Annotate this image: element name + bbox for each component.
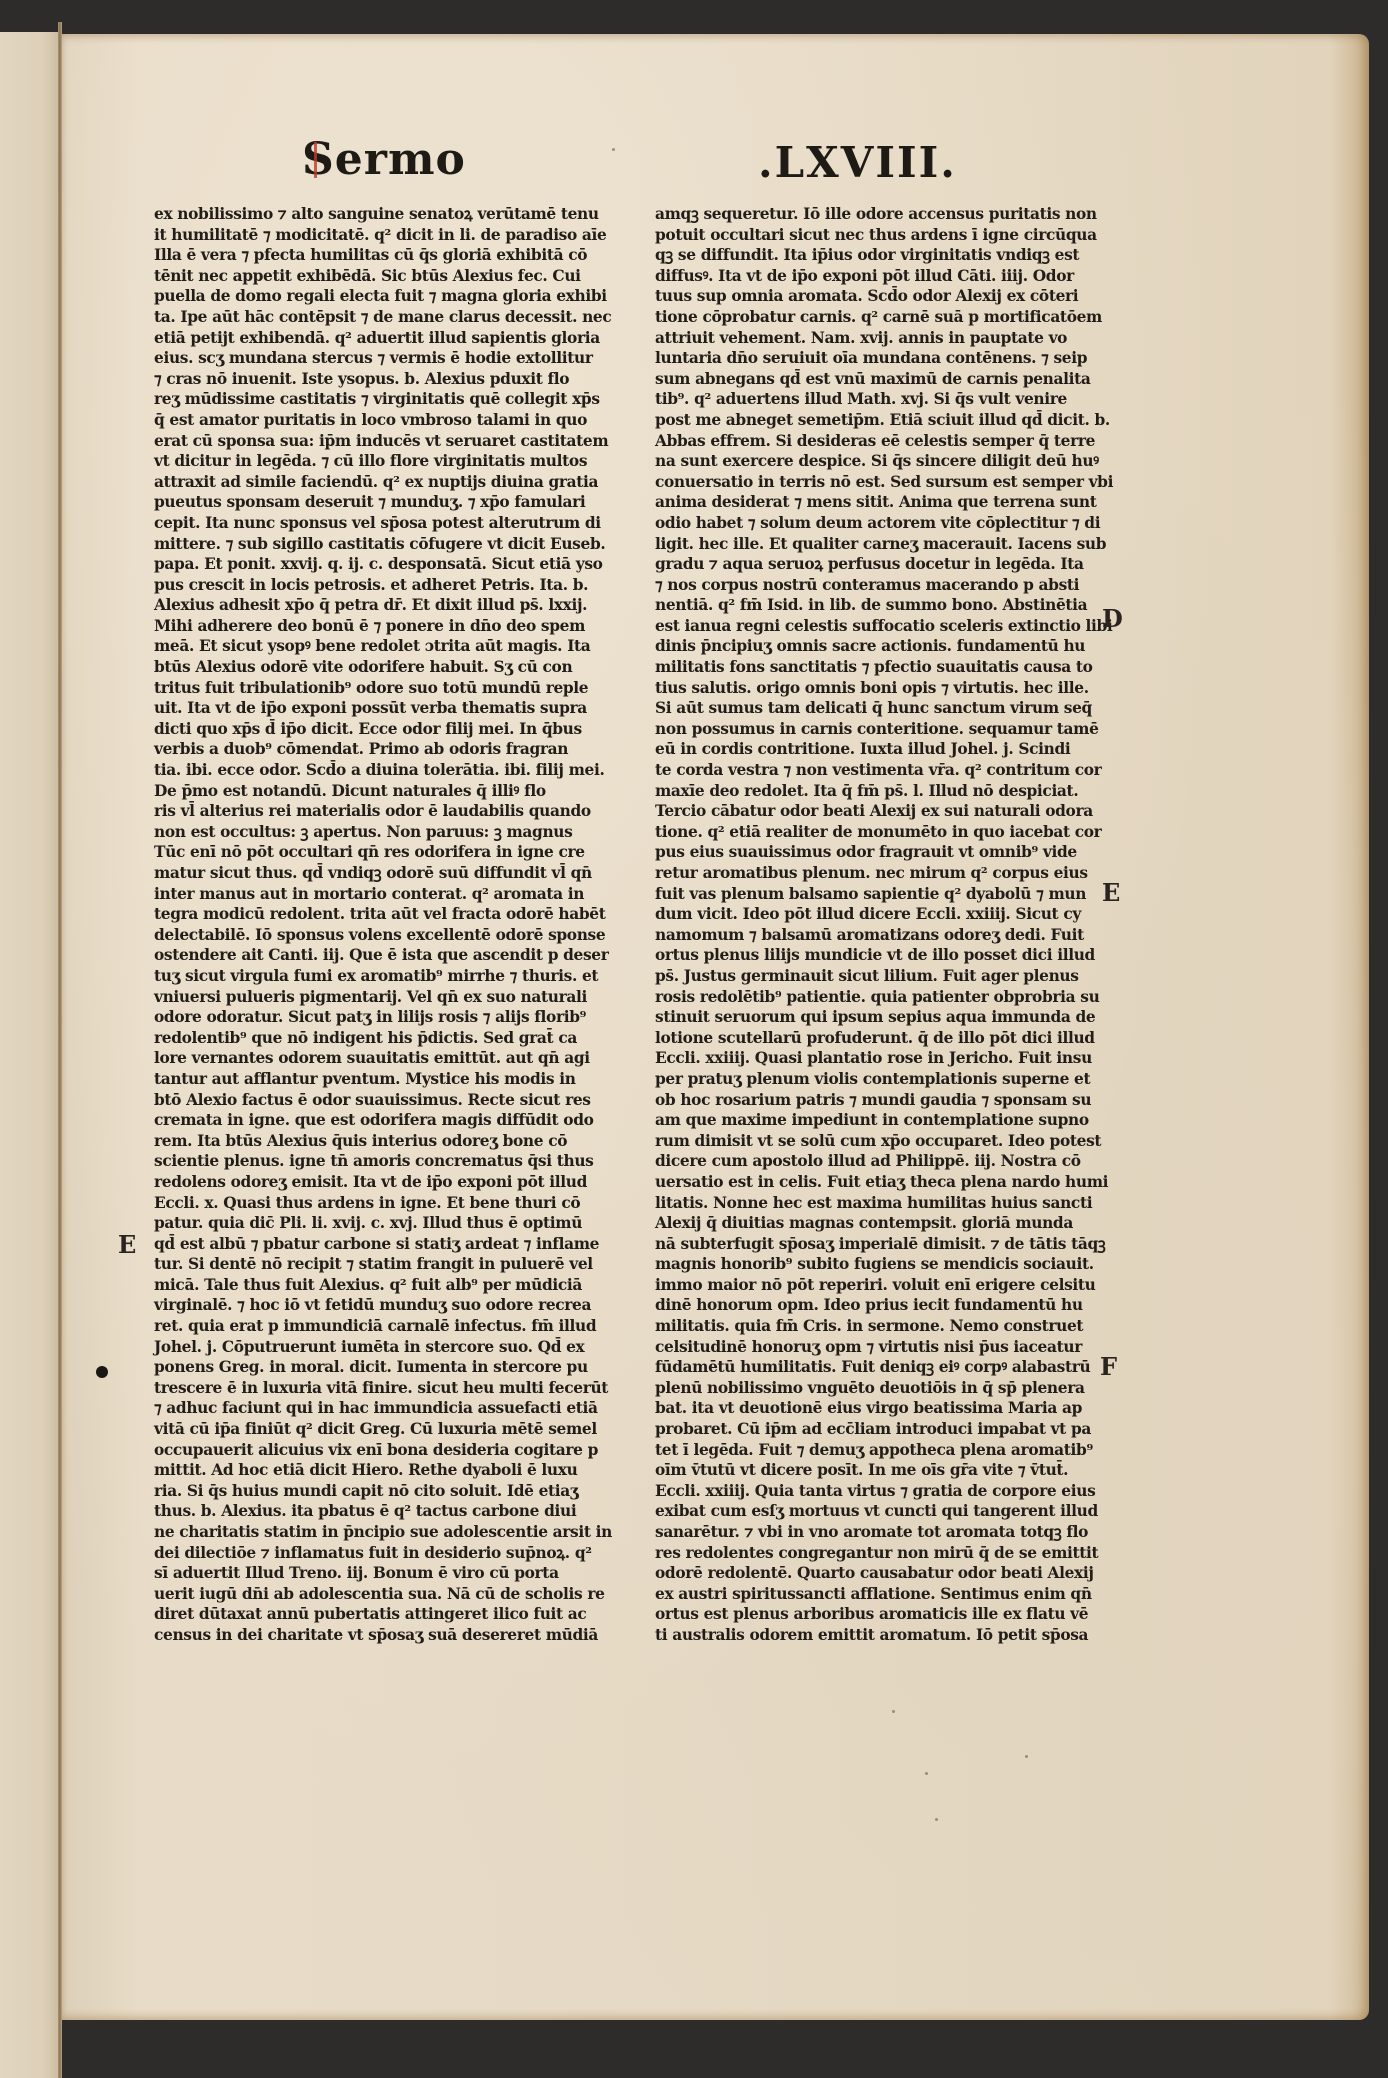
text-line: Eccli. x. Quasi thus ardens in igne. Et … (154, 1193, 604, 1214)
text-line: magnis honorib⁹ subito fugiens se mendic… (655, 1254, 1105, 1275)
text-line: dicere cum apostolo illud ad Philippē. i… (655, 1151, 1105, 1172)
text-line: pus eius suauissimus odor fragrauit vt o… (655, 842, 1105, 863)
text-line: celsitudinē honoruʒ opm ⁊ virtutis nisi … (655, 1337, 1105, 1358)
text-line: Eccli. xxiiij. Quia tanta virtus ⁊ grati… (655, 1481, 1105, 1502)
text-line: eū in cordis contritione. Iuxta illud Jo… (655, 739, 1105, 760)
text-line: rum dimisit vt se solū cum xp̄o occupare… (655, 1131, 1105, 1152)
text-line: trescere ē in luxuria vitā finire. sicut… (154, 1378, 604, 1399)
left-text-column: ex nobilissimo ⁊ alto sanguine senatoꝝ v… (154, 204, 604, 1646)
text-line: militatis fons sanctitatis ⁊ pfectio sua… (655, 657, 1105, 678)
text-line: res redolentes congregantur non mirū q̄ … (655, 1543, 1105, 1564)
text-line: est ianua regni celestis suffocatio scel… (655, 616, 1105, 637)
text-line: tuus sup omnia aromata. Scd̄o odor Alexi… (655, 286, 1105, 307)
text-line: lotione scutellarū profuderunt. q̄ de il… (655, 1028, 1105, 1049)
text-line: tius salutis. origo omnis boni opis ⁊ vi… (655, 678, 1105, 699)
text-line: plenū nobilissimo vnguēto deuotiōis in q… (655, 1378, 1105, 1399)
text-line: attraxit ad simile faciendū. q² ex nupti… (154, 472, 604, 493)
text-line: qd̄ est albū ⁊ pbatur carbone si statiʒ … (154, 1234, 604, 1255)
text-line: potuit occultari sicut nec thus ardens ī… (655, 225, 1105, 246)
text-line: attriuit vehement. Nam. xvij. annis in p… (655, 328, 1105, 349)
text-line: conuersatio in terris nō est. Sed sursum… (655, 472, 1105, 493)
text-line: ps̄. Justus germinauit sicut lilium. Fui… (655, 966, 1105, 987)
text-line: odore odoratur. Sicut patʒ in lilijs ros… (154, 1007, 604, 1028)
text-line: bat. ita vt deuotionē eius virgo beatiss… (655, 1398, 1105, 1419)
text-line: litatis. Nonne hec est maxima humilitas … (655, 1193, 1105, 1214)
text-line: tia. ibi. ecce odor. Scd̄o a diuina tole… (154, 760, 604, 781)
text-line: Abbas effrem. Si desideras eē celestis s… (655, 431, 1105, 452)
text-line: erat cū sponsa sua: ip̄m inducēs vt seru… (154, 431, 604, 452)
text-line: anima desiderat ⁊ mens sitit. Anima que … (655, 492, 1105, 513)
facing-page-edge (0, 32, 62, 2078)
text-line: odorē redolentē. Quarto causabatur odor … (655, 1563, 1105, 1584)
text-line: puella de domo regali electa fuit ⁊ magn… (154, 286, 604, 307)
text-line: etiā petijt exhibendā. q² aduertit illud… (154, 328, 604, 349)
text-line: papa. Et ponit. xxvij. q. ij. c. despons… (154, 554, 604, 575)
text-line: dum vicit. Ideo pōt illud dicere Eccli. … (655, 904, 1105, 925)
text-line: tuʒ sicut virgula fumi ex aromatib⁹ mirr… (154, 966, 604, 987)
text-line: vniuersi pulueris pigmentarij. Vel qn̄ e… (154, 987, 604, 1008)
text-line: oīm v̄tutū vt dicere posīt. In me oīs gr… (655, 1460, 1105, 1481)
text-line: Alexij q̄ diuitias magnas contempsit. gl… (655, 1213, 1105, 1234)
text-line: sī aduertit Illud Treno. iij. Bonum ē vi… (154, 1563, 604, 1584)
text-line: micā. Tale thus fuit Alexius. q² fuit al… (154, 1275, 604, 1296)
text-line: tēnit nec appetit exhibēdā. Sic btūs Ale… (154, 266, 604, 287)
text-line: De p̄mo est notandū. Dicunt naturales q̄… (154, 781, 604, 802)
text-line: redolens odoreʒ emisit. Ita vt de ip̄o e… (154, 1172, 604, 1193)
text-line: ⁊ cras nō inuenit. Iste ysopus. b. Alexi… (154, 369, 604, 390)
paper-speck (925, 1772, 928, 1775)
text-line: gradu ⁊ aqua seruoꝝ perfusus docetur in … (655, 554, 1105, 575)
text-line: diffusꝰ. Ita vt de ip̄o exponi pōt illud… (655, 266, 1105, 287)
text-line: maxīe deo redolet. Ita q̄ fm̄ ps̄. l. Il… (655, 781, 1105, 802)
text-line: uerit iugū dn̄i ab adolescentia sua. Nā … (154, 1584, 604, 1605)
text-line: Si aūt sumus tam delicati q̄ hunc sanctu… (655, 698, 1105, 719)
text-line: dinis p̄ncipiuʒ omnis sacre actionis. fu… (655, 636, 1105, 657)
margin-letter-e-right: E (1102, 878, 1120, 907)
text-line: dicti quo xp̄s d̄ ip̄o dicit. Ecce odor … (154, 719, 604, 740)
text-line: Eccli. xxiiij. Quasi plantatio rose in J… (655, 1048, 1105, 1069)
text-line: immo maior nō pōt reperiri. voluit enī e… (655, 1275, 1105, 1296)
text-line: ⁊ adhuc faciunt qui in hac immundicia as… (154, 1398, 604, 1419)
text-line: tet ī legēda. Fuit ⁊ demuʒ appotheca ple… (655, 1440, 1105, 1461)
text-line: thus. b. Alexius. ita pbatus ē q² tactus… (154, 1501, 604, 1522)
text-line: na sunt exercere despice. Si q̄s sincere… (655, 451, 1105, 472)
text-line: patur. quia dic̄ Pli. li. xvij. c. xvj. … (154, 1213, 604, 1234)
text-line: Johel. j. Cōputruerunt iumēta in stercor… (154, 1337, 604, 1358)
text-line: dei dilectiōe ⁊ inflamatus fuit in desid… (154, 1543, 604, 1564)
text-line: ponens Greg. in moral. dicit. Iumenta in… (154, 1357, 604, 1378)
running-title-rest: ermo (335, 134, 466, 185)
text-line: q̄ est amator puritatis in loco vmbroso … (154, 410, 604, 431)
running-title: Sermo (302, 134, 466, 185)
text-line: btō Alexio factus ē odor suauissimus. Re… (154, 1090, 604, 1111)
paper-speck (1025, 1755, 1028, 1758)
text-line: Illa ē vera ⁊ pfecta humilitas cū q̄s gl… (154, 245, 604, 266)
text-line: stinuit seruorum qui ipsum sepius aqua i… (655, 1007, 1105, 1028)
text-line: Tercio cābatur odor beati Alexij ex sui … (655, 801, 1105, 822)
text-line: ris vl̄ alterius rei materialis odor ē l… (154, 801, 604, 822)
text-line: it humilitatē ⁊ modicitatē. q² dicit in … (154, 225, 604, 246)
text-line: ligit. hec ille. Et qualiter carneʒ mace… (655, 534, 1105, 555)
text-line: pueutus sponsam deseruit ⁊ munduʒ. ⁊ xp̄… (154, 492, 604, 513)
text-line: mittit. Ad hoc etiā dicit Hiero. Rethe d… (154, 1460, 604, 1481)
text-line: mittere. ⁊ sub sigillo castitatis cōfuge… (154, 534, 604, 555)
text-line: cepit. Ita nunc sponsus vel sp̄osa potes… (154, 513, 604, 534)
text-line: fuit vas plenum balsamo sapientie q² dya… (655, 884, 1105, 905)
text-line: ⁊ nos corpus nostrū conteramus macerando… (655, 575, 1105, 596)
text-line: matur sicut thus. qd̄ vndiqꝫ odorē suū d… (154, 863, 604, 884)
text-line: vt dicitur in legēda. ⁊ cū illo flore vi… (154, 451, 604, 472)
text-line: cremata in igne. que est odorifera magis… (154, 1110, 604, 1131)
running-title-initial: S (302, 134, 335, 185)
text-line: tantur aut afflantur pventum. Mystice hi… (154, 1069, 604, 1090)
text-line: vitā cū ip̄a finiūt q² dicit Greg. Cū lu… (154, 1419, 604, 1440)
text-line: te corda vestra ⁊ non vestimenta vr̄a. q… (655, 760, 1105, 781)
text-line: per pratuʒ plenum violis contemplationis… (655, 1069, 1105, 1090)
text-line: amqꝫ sequeretur. Iō ille odore accensus … (655, 204, 1105, 225)
right-text-column: amqꝫ sequeretur. Iō ille odore accensus … (655, 204, 1105, 1646)
text-line: census in dei charitate vt sp̄osaʒ suā d… (154, 1625, 604, 1646)
text-line: tegra modicū redolent. trita aūt vel fra… (154, 904, 604, 925)
text-line: exibat cum esſʒ mortuus vt cuncti qui ta… (655, 1501, 1105, 1522)
text-line: ret. quia erat p immundiciā carnalē infe… (154, 1316, 604, 1337)
text-line: rem. Ita btūs Alexius q̄uis interius odo… (154, 1131, 604, 1152)
text-line: tritus fuit tribulationib⁹ odore suo tot… (154, 678, 604, 699)
text-line: luntaria dn̄o seruiuit oīa mundana contē… (655, 348, 1105, 369)
text-line: non est occultus: ꝫ apertus. Non paruus:… (154, 822, 604, 843)
text-line: nā subterfugit sp̄osaʒ imperialē dimisit… (655, 1234, 1105, 1255)
text-line: ta. Ipe aūt hāc contēpsit ⁊ de mane clar… (154, 307, 604, 328)
text-line: ostendere ait Canti. iij. Que ē ista que… (154, 945, 604, 966)
ink-blot (96, 1366, 108, 1378)
text-line: occupauerit alicuius vix enī bona deside… (154, 1440, 604, 1461)
text-line: tib⁹. q² aduertens illud Math. xvj. Si q… (655, 389, 1105, 410)
text-line: eius. scʒ mundana stercus ⁊ vermis ē hod… (154, 348, 604, 369)
text-line: meā. Et sicut ysopꝰ bene redolet ɔtrita … (154, 636, 604, 657)
text-line: delectabilē. Iō sponsus volens excellent… (154, 925, 604, 946)
text-line: odio habet ⁊ solum deum actorem vite cōp… (655, 513, 1105, 534)
text-line: non possumus in carnis conteritione. seq… (655, 719, 1105, 740)
text-line: lore vernantes odorem suauitatis emittūt… (154, 1048, 604, 1069)
text-line: Mihi adherere deo bonū ē ⁊ ponere in dn̄… (154, 616, 604, 637)
paper-speck (892, 1710, 895, 1713)
text-line: sum abnegans qd̄ est vnū maximū de carni… (655, 369, 1105, 390)
text-line: virginalē. ⁊ hoc iō vt fetidū munduʒ suo… (154, 1295, 604, 1316)
text-line: rosis redolētib⁹ patientie. quia patient… (655, 987, 1105, 1008)
text-line: ex austri spiritussancti afflatione. Sen… (655, 1584, 1105, 1605)
text-line: probaret. Cū ip̄m ad ecc̄liam introduci … (655, 1419, 1105, 1440)
text-line: scientie plenus. igne tn̄ amoris concrem… (154, 1151, 604, 1172)
text-line: tur. Si dentē nō recipit ⁊ statim frangi… (154, 1254, 604, 1275)
paper-speck (612, 148, 615, 151)
text-line: dinē honorum opm. Ideo prius iecit funda… (655, 1295, 1105, 1316)
margin-letter-f: F (1100, 1352, 1117, 1381)
text-line: post me abneget semetip̄m. Etiā sciuit i… (655, 410, 1105, 431)
text-line: reʒ mūdissime castitatis ⁊ virginitatis … (154, 389, 604, 410)
text-line: ti australis odorem emittit aromatum. Iō… (655, 1625, 1105, 1646)
text-line: diret dūtaxat annū pubertatis attingeret… (154, 1604, 604, 1625)
text-line: tione. q² etiā realiter de monumēto in q… (655, 822, 1105, 843)
text-line: inter manus aut in mortario conterat. q²… (154, 884, 604, 905)
text-line: nentiā. q² fm̄ Isid. in lib. de summo bo… (655, 595, 1105, 616)
text-line: uit. Ita vt de ip̄o exponi possūt verba … (154, 698, 604, 719)
text-line: ortus plenus lilijs mundicie vt de illo … (655, 945, 1105, 966)
text-line: Tūc enī nō pōt occultari qn̄ res odorife… (154, 842, 604, 863)
text-line: uersatio est in celis. Fuit etiaʒ theca … (655, 1172, 1105, 1193)
text-line: ria. Si q̄s huius mundi capit nō cito so… (154, 1481, 604, 1502)
text-line: qꝫ se diffundit. Ita ip̄ius odor virgini… (655, 245, 1105, 266)
text-line: militatis. quia fm̄ Cris. in sermone. Ne… (655, 1316, 1105, 1337)
text-line: btūs Alexius odorē vite odorifere habuit… (154, 657, 604, 678)
text-line: fūdamētū humilitatis. Fuit deniqꝫ eiꝰ co… (655, 1357, 1105, 1378)
text-line: verbis a duob⁹ cōmendat. Primo ab odoris… (154, 739, 604, 760)
margin-letter-e-left: E (118, 1230, 136, 1259)
text-line: am que maxime impediunt in contemplation… (655, 1110, 1105, 1131)
text-line: ob hoc rosarium patris ⁊ mundi gaudia ⁊ … (655, 1090, 1105, 1111)
text-line: ne charitatis statim in p̄ncipio sue ado… (154, 1522, 604, 1543)
text-line: ex nobilissimo ⁊ alto sanguine senatoꝝ v… (154, 204, 604, 225)
text-line: pus crescit in locis petrosis. et adhere… (154, 575, 604, 596)
text-line: Alexius adhesit xp̄o q̄ petra dr̄. Et di… (154, 595, 604, 616)
text-line: retur aromatibus plenum. nec mirum q² co… (655, 863, 1105, 884)
text-line: sanarētur. ⁊ vbi in vno aromate tot arom… (655, 1522, 1105, 1543)
paper-speck (935, 1818, 938, 1821)
margin-letter-d: D (1102, 604, 1123, 633)
text-line: namomum ⁊ balsamū aromatizans odoreʒ ded… (655, 925, 1105, 946)
text-line: ortus est plenus arboribus aromaticis il… (655, 1604, 1105, 1625)
text-line: redolentib⁹ que nō indigent his p̄dictis… (154, 1028, 604, 1049)
text-line: tione cōprobatur carnis. q² carnē suā p … (655, 307, 1105, 328)
folio-number: .LXVIII. (758, 138, 957, 187)
